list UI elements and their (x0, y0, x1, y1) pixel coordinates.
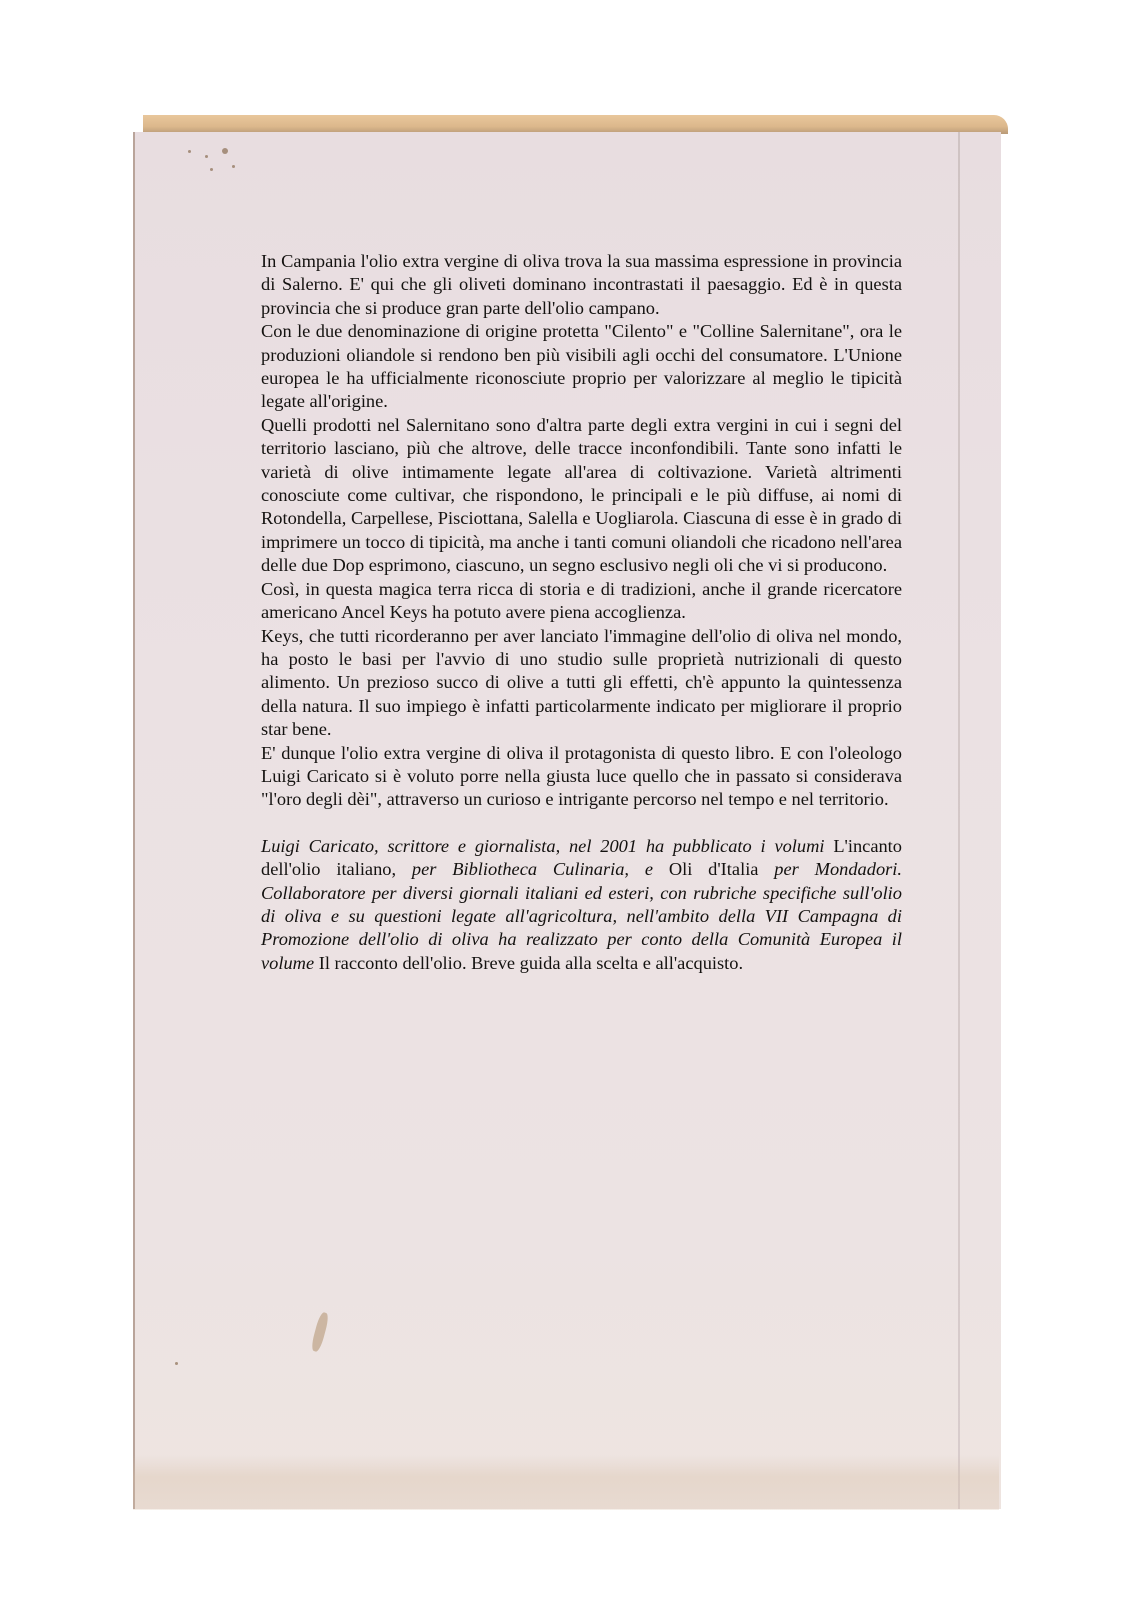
paragraph-intro: In Campania l'olio extra vergine di oliv… (261, 250, 902, 320)
stain-mark (310, 1311, 330, 1352)
paragraph-book-subject: E' dunque l'olio extra vergine di oliva … (261, 742, 902, 812)
spine-fold-line (958, 132, 960, 1509)
author-bio: Luigi Caricato, scrittore e giornalista,… (261, 835, 902, 975)
foxing-spot (188, 150, 191, 153)
foxing-spot (222, 148, 228, 154)
paragraph-varieties: Quelli prodotti nel Salernitano sono d'a… (261, 414, 902, 578)
paragraph-ancel-keys: Così, in questa magica terra ricca di st… (261, 578, 902, 625)
foxing-spot (175, 1362, 178, 1365)
paragraph-keys-study: Keys, che tutti ricorderanno per aver la… (261, 625, 902, 742)
paragraph-dop: Con le due denominazione di origine prot… (261, 320, 902, 414)
foxing-spot (210, 168, 213, 171)
bio-italic-1: Luigi Caricato, scrittore e giornalista,… (261, 836, 833, 856)
foxing-spot (205, 155, 208, 158)
bio-italic-2: per Bibliotheca Culinaria, e (396, 859, 669, 879)
bio-title-2: Oli d'Italia (669, 859, 759, 879)
foxing-spot (232, 165, 235, 168)
bio-title-3: Il racconto dell'olio. Breve guida alla … (319, 953, 743, 973)
bottom-discoloration (133, 1455, 999, 1510)
back-cover-text: In Campania l'olio extra vergine di oliv… (261, 250, 902, 975)
